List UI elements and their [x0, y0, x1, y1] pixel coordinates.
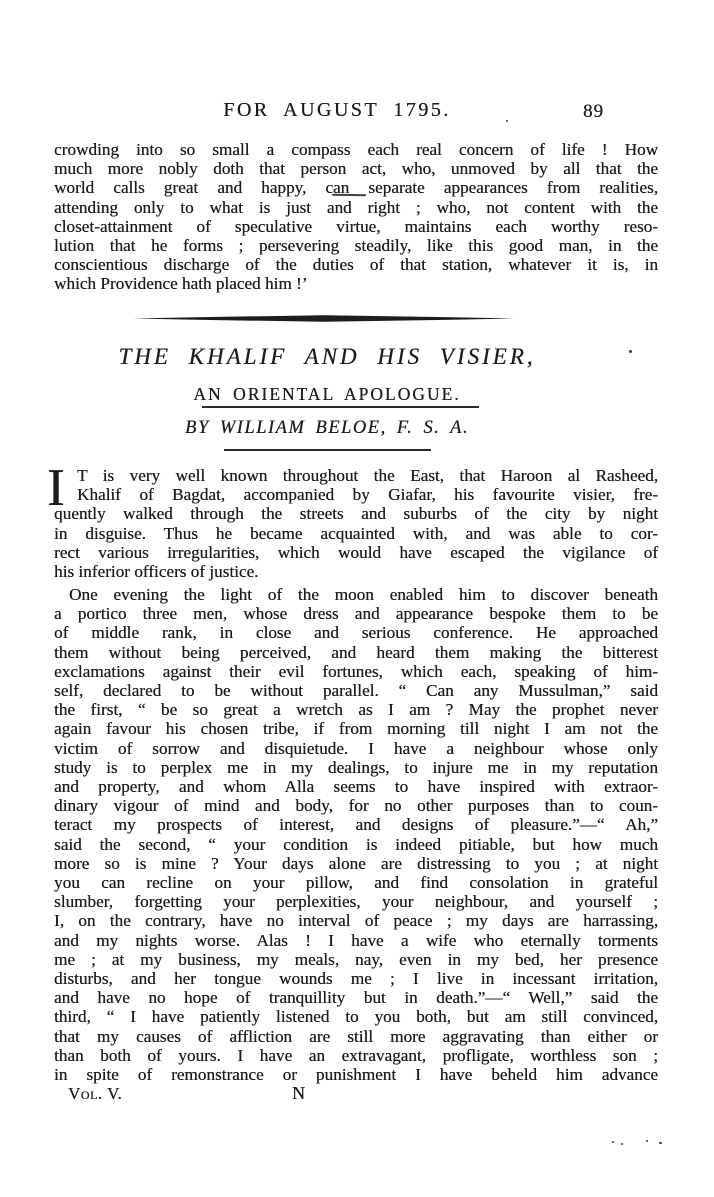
text-line: teract my prospects of interest, and des…: [54, 815, 658, 834]
subtitle-rule: [202, 406, 479, 408]
page-number: 89: [583, 101, 604, 123]
volume-label: Vol. V.: [68, 1084, 122, 1104]
scan-speck: [629, 350, 632, 353]
text-line: third, “ I have patiently listened to yo…: [54, 1007, 658, 1026]
text-line: study is to perplex me in my dealings, t…: [54, 758, 658, 777]
text-line: attending only to what is just and right…: [54, 198, 658, 217]
text-line: and my nights worse. Alas ! I have a wif…: [54, 931, 658, 950]
text-line: slumber, forgetting your perplexities, y…: [54, 892, 658, 911]
scan-speck: [612, 1141, 614, 1143]
story-paragraph-2: One evening the light of the moon enable…: [54, 585, 658, 1084]
text-line: in disguise. Thus he became acquainted w…: [54, 524, 658, 543]
text-line: and property, and whom Alla seems to hav…: [54, 777, 658, 796]
text-line: me ; at my business, my meals, nay, even…: [54, 950, 658, 969]
story-paragraph-1: I T is very well known throughout the Ea…: [54, 466, 658, 581]
article-title: THE KHALIF AND HIS VISIER,: [54, 344, 600, 370]
text-line: victim of sorrow and disquietude. I have…: [54, 739, 658, 758]
drop-cap: I: [47, 468, 65, 508]
text-line: and have no hope of tranquillity but in …: [54, 988, 658, 1007]
text-line: much more nobly doth that person act, wh…: [54, 159, 658, 178]
text-line: crowding into so small a compass each re…: [54, 140, 658, 159]
scanned-book-page: FOR AUGUST 1795. 89 crowding into so sma…: [0, 0, 714, 1197]
scan-speck: [506, 120, 508, 122]
text-line: dinary vigour of mind and body, for no o…: [54, 796, 658, 815]
text-line: conscientious discharge of the duties of…: [54, 255, 658, 274]
text-line: of middle rank, in close and serious con…: [54, 623, 658, 642]
section-divider-rule: [133, 315, 515, 322]
text-line: rect various irregularities, which would…: [54, 543, 658, 562]
running-header: FOR AUGUST 1795.: [54, 99, 620, 122]
text-line: said the second, “ your condition is ind…: [54, 835, 658, 854]
text-line: quently walked through the streets and s…: [54, 504, 658, 523]
text-line: that my causes of affliction are still m…: [54, 1027, 658, 1046]
text-line: Khalif of Bagdat, accompanied by Giafar,…: [54, 485, 658, 504]
text-line: One evening the light of the moon enable…: [54, 585, 658, 604]
scan-speck: [659, 1142, 662, 1144]
text-line: again favour his chosen tribe, if from m…: [54, 719, 658, 738]
scan-speck: [621, 1143, 623, 1145]
scan-speck: [646, 1140, 648, 1142]
article-byline: BY WILLIAM BELOE, F. S. A.: [54, 418, 600, 439]
text-line: you can recline on your pillow, and find…: [54, 873, 658, 892]
text-line: in spite of remonstrance or punishment I…: [54, 1065, 658, 1084]
signature-mark: N: [292, 1083, 305, 1104]
text-line: the first, “ be so great a wretch as I a…: [54, 700, 658, 719]
text-line: a portico three men, whose dress and app…: [54, 604, 658, 623]
text-line: than both of yours. I have an extravagan…: [54, 1046, 658, 1065]
text-line: more so is mine ? Your days alone are di…: [54, 854, 658, 873]
text-line: I, on the contrary, have no interval of …: [54, 911, 658, 930]
text-line: closet-attainment of speculative virtue,…: [54, 217, 658, 236]
text-line: lution that he forms ; persevering stead…: [54, 236, 658, 255]
text-line: his inferior officers of justice.: [54, 562, 658, 581]
text-line: which Providence hath placed him !’: [54, 274, 658, 293]
text-line: them without being perceived, and heard …: [54, 643, 658, 662]
text-line: self, declared to be without parallel. “…: [54, 681, 658, 700]
text-line: T is very well known throughout the East…: [54, 466, 658, 485]
byline-rule: [224, 449, 431, 451]
intro-paragraph: crowding into so small a compass each re…: [54, 140, 658, 294]
article-subtitle: AN ORIENTAL APOLOGUE.: [54, 384, 600, 405]
text-line: exclamations against their evil fortunes…: [54, 662, 658, 681]
text-line: disturbs, and her tongue wounds me ; I l…: [54, 969, 658, 988]
